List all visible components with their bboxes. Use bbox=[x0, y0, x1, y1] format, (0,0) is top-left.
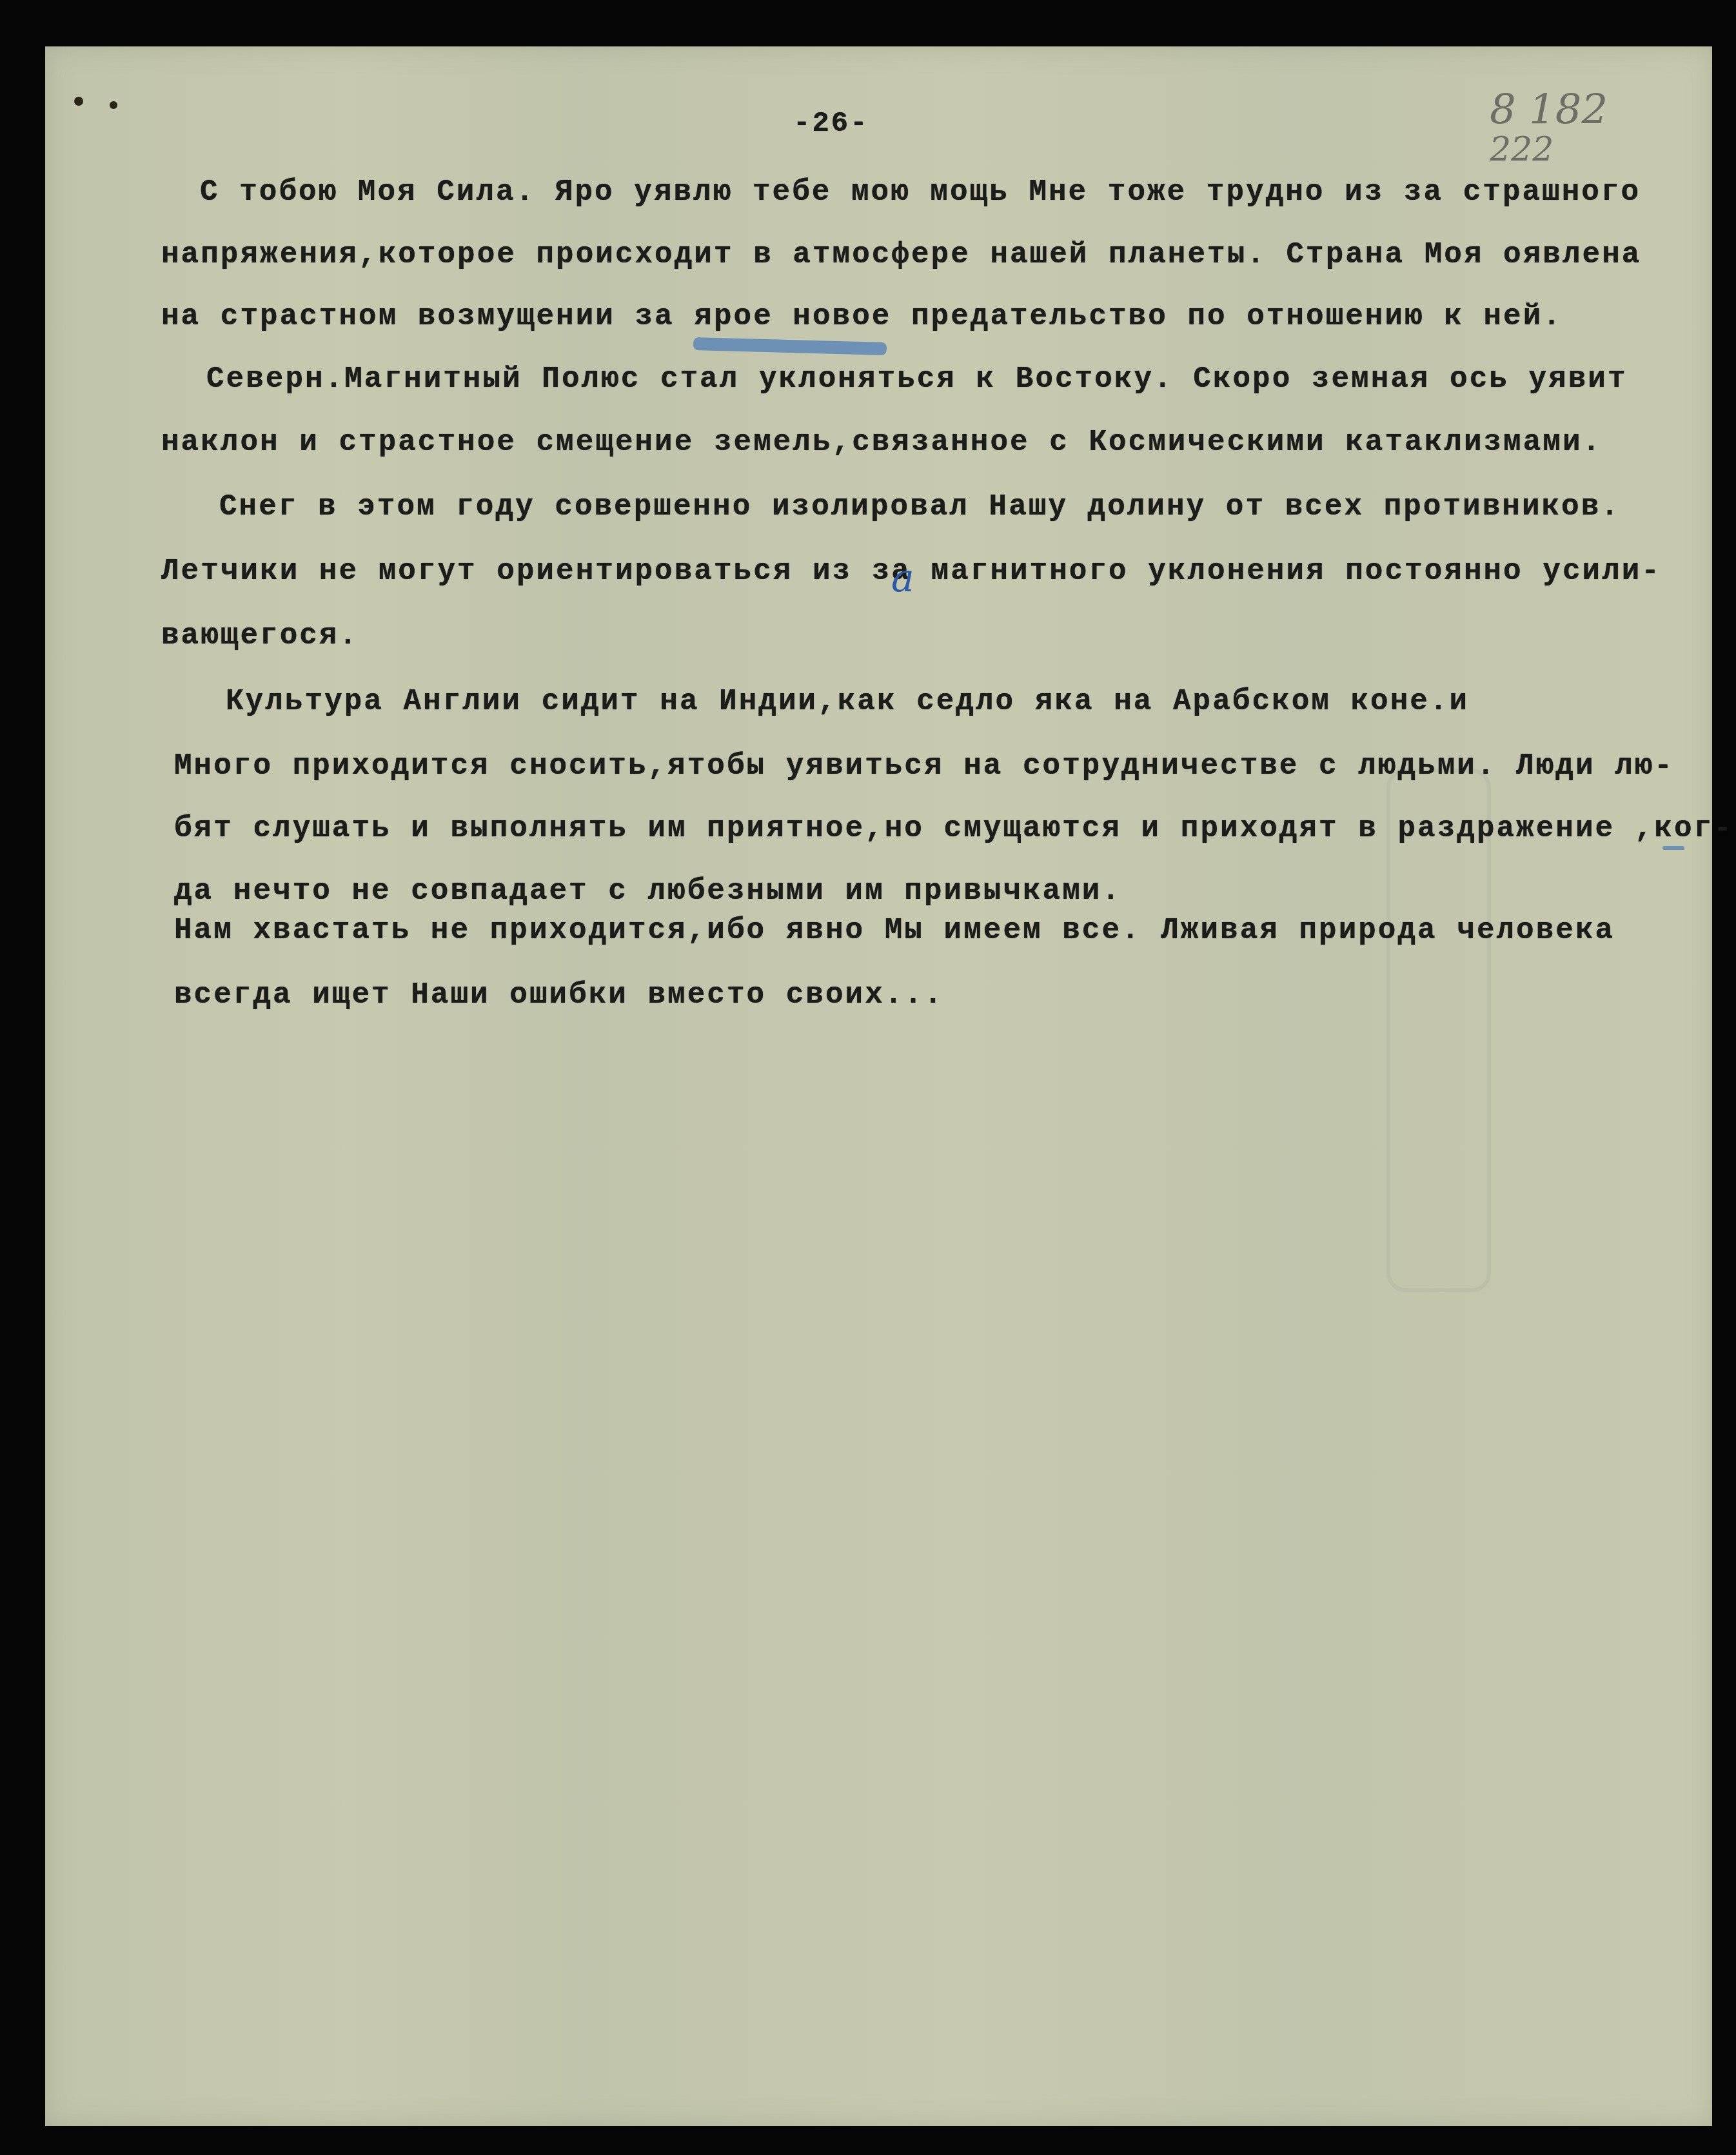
page-number: -26- bbox=[793, 108, 869, 140]
text-line-11: бят слушать и выполнять им приятное,но с… bbox=[174, 812, 1733, 845]
punch-hole-mark bbox=[110, 101, 117, 109]
archive-folio-number: 8 182 bbox=[1490, 86, 1608, 134]
text-line-10: Много приходится сносить,ятобы уявиться … bbox=[174, 749, 1674, 783]
text-line-9: Культура Англии сидит на Индии,как седло… bbox=[226, 685, 1469, 718]
document-page: -26- 8 182 222 С тобою Моя Сила. Яро уяв… bbox=[45, 46, 1712, 2126]
text-line-8: вающегося. bbox=[161, 619, 359, 653]
text-line-2: напряжения,которое происходит в атмосфер… bbox=[161, 238, 1641, 271]
blue-pencil-underline bbox=[693, 337, 887, 355]
text-line-12: да нечто не совпадает с любезными им при… bbox=[174, 874, 1121, 908]
text-line-14: всегда ищет Наши ошибки вместо своих... bbox=[174, 978, 944, 1012]
text-line-3: на страстном возмущении за ярое новое пр… bbox=[161, 300, 1563, 333]
archive-sheet-number: 222 bbox=[1490, 130, 1554, 169]
text-line-4: Северн.Магнитный Полюс стал уклоняться к… bbox=[206, 362, 1628, 396]
text-line-5: наклон и страстное смещение земель,связа… bbox=[161, 426, 1602, 459]
blue-hyphen-mark bbox=[1662, 846, 1684, 850]
text-line-1: С тобою Моя Сила. Яро уявлю тебе мою мощ… bbox=[200, 175, 1641, 209]
punch-hole-mark bbox=[74, 97, 83, 106]
text-line-13: Нам хвастать не приходится,ибо явно Мы и… bbox=[174, 914, 1615, 947]
text-line-6: Снег в этом году совершенно изолировал Н… bbox=[219, 490, 1621, 524]
faint-archive-stamp bbox=[1386, 769, 1491, 1292]
handwritten-correction: а bbox=[891, 556, 914, 601]
